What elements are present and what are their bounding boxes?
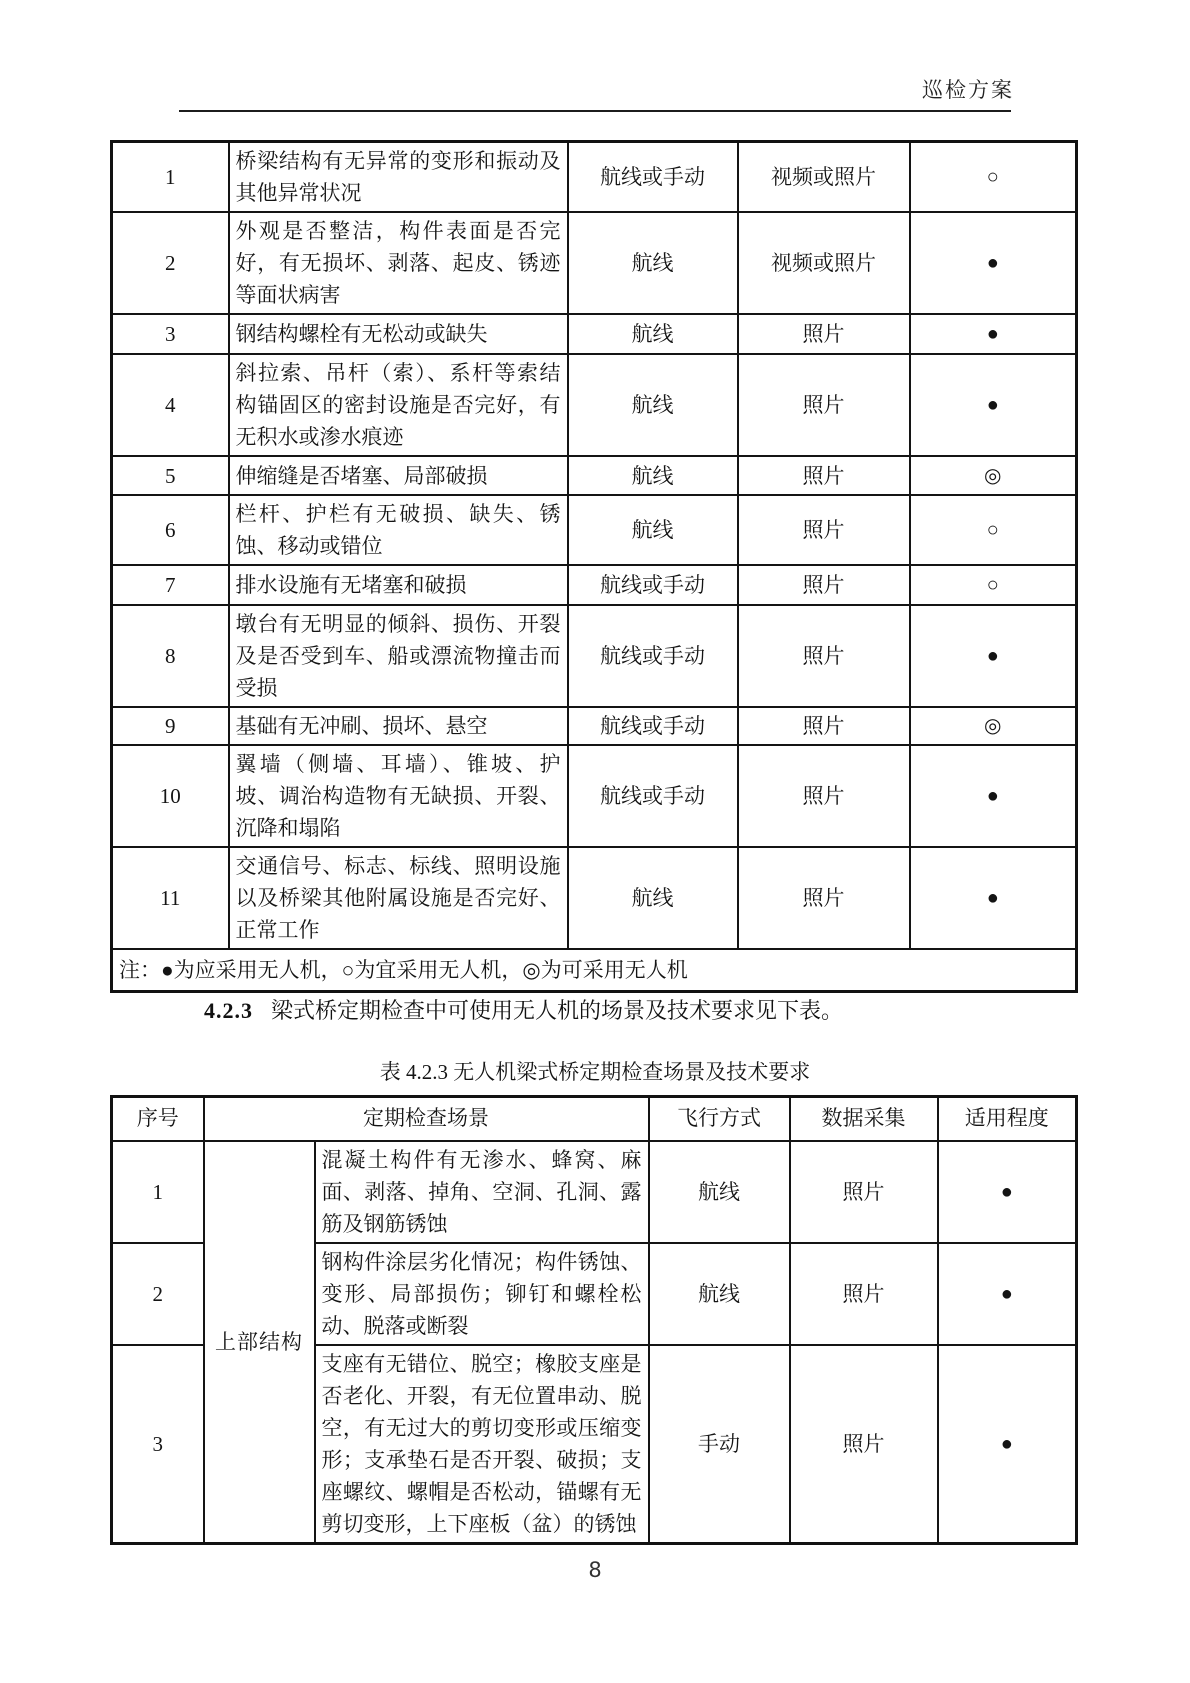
table-row: 5伸缩缝是否堵塞、局部破损航线照片◎ (112, 456, 1077, 495)
row-number-cell: 1 (112, 1141, 204, 1243)
applicability-symbol: ◎ (910, 707, 1077, 745)
data-capture-cell: 照片 (790, 1141, 938, 1243)
table-row: 7排水设施有无堵塞和破损航线或手动照片○ (112, 565, 1077, 605)
data-capture-cell: 照片 (738, 495, 910, 565)
table-row: 10翼墙（侧墙、耳墙）、锥坡、护坡、调治构造物有无缺损、开裂、沉降和塌陷航线或手… (112, 745, 1077, 847)
applicability-symbol: ◎ (910, 456, 1077, 495)
inspection-item-cell: 栏杆、护栏有无破损、缺失、锈蚀、移动或错位 (229, 495, 568, 565)
table-row: 9基础有无冲刷、损坏、悬空航线或手动照片◎ (112, 707, 1077, 745)
inspection-items-body: 1桥梁结构有无异常的变形和振动及其他异常状况航线或手动视频或照片○2外观是否整洁… (112, 142, 1077, 950)
data-capture-cell: 照片 (738, 605, 910, 707)
applicability-symbol: ● (910, 745, 1077, 847)
col-header-flight: 飞行方式 (649, 1097, 790, 1141)
inspection-item-cell: 斜拉索、吊杆（索）、系杆等索结构锚固区的密封设施是否完好，有无积水或渗水痕迹 (229, 354, 568, 456)
flight-mode-cell: 航线 (568, 314, 738, 354)
inspection-item-cell: 交通信号、标志、标线、照明设施以及桥梁其他附属设施是否完好、正常工作 (229, 847, 568, 949)
row-number-cell: 1 (112, 142, 229, 213)
col-header-no: 序号 (112, 1097, 204, 1141)
flight-mode-cell: 航线或手动 (568, 707, 738, 745)
row-number-cell: 7 (112, 565, 229, 605)
row-number-cell: 10 (112, 745, 229, 847)
data-capture-cell: 视频或照片 (738, 212, 910, 314)
data-capture-cell: 照片 (738, 847, 910, 949)
table-row: 4斜拉索、吊杆（索）、系杆等索结构锚固区的密封设施是否完好，有无积水或渗水痕迹航… (112, 354, 1077, 456)
scene-description-cell: 混凝土构件有无渗水、蜂窝、麻面、剥落、掉角、空洞、孔洞、露筋及钢筋锈蚀 (315, 1141, 649, 1243)
inspection-item-cell: 外观是否整洁，构件表面是否完好，有无损坏、剥落、起皮、锈迹等面状病害 (229, 212, 568, 314)
row-number-cell: 8 (112, 605, 229, 707)
table-row: 6栏杆、护栏有无破损、缺失、锈蚀、移动或错位航线照片○ (112, 495, 1077, 565)
row-number-cell: 5 (112, 456, 229, 495)
data-capture-cell: 照片 (738, 456, 910, 495)
inspection-item-cell: 墩台有无明显的倾斜、损伤、开裂及是否受到车、船或漂流物撞击而受损 (229, 605, 568, 707)
data-capture-cell: 照片 (790, 1345, 938, 1544)
applicability-symbol: ○ (910, 495, 1077, 565)
table-note-row: 注：●为应采用无人机，○为宜采用无人机，◎为可采用无人机 (112, 949, 1077, 991)
table-header-row: 序号 定期检查场景 飞行方式 数据采集 适用程度 (112, 1097, 1077, 1141)
inspection-item-cell: 排水设施有无堵塞和破损 (229, 565, 568, 605)
data-capture-cell: 照片 (738, 314, 910, 354)
scene-requirements-body: 1上部结构混凝土构件有无渗水、蜂窝、麻面、剥落、掉角、空洞、孔洞、露筋及钢筋锈蚀… (112, 1141, 1077, 1544)
data-capture-cell: 照片 (738, 745, 910, 847)
applicability-symbol: ● (910, 605, 1077, 707)
inspection-item-cell: 翼墙（侧墙、耳墙）、锥坡、护坡、调治构造物有无缺损、开裂、沉降和塌陷 (229, 745, 568, 847)
applicability-symbol: ● (938, 1243, 1077, 1345)
row-number-cell: 6 (112, 495, 229, 565)
page-number: 8 (0, 1558, 1190, 1582)
flight-mode-cell: 航线 (568, 495, 738, 565)
applicability-symbol: ● (938, 1141, 1077, 1243)
table-row: 1桥梁结构有无异常的变形和振动及其他异常状况航线或手动视频或照片○ (112, 142, 1077, 213)
applicability-symbol: ○ (910, 565, 1077, 605)
section-text: 梁式桥定期检查中可使用无人机的场景及技术要求见下表。 (271, 998, 843, 1023)
flight-mode-cell: 航线或手动 (568, 745, 738, 847)
flight-mode-cell: 航线或手动 (568, 565, 738, 605)
legend-note: 注：●为应采用无人机，○为宜采用无人机，◎为可采用无人机 (112, 949, 1077, 991)
applicability-symbol: ● (910, 847, 1077, 949)
inspection-item-cell: 桥梁结构有无异常的变形和振动及其他异常状况 (229, 142, 568, 213)
applicability-symbol: ● (910, 212, 1077, 314)
flight-mode-cell: 航线 (568, 212, 738, 314)
scene-requirements-table: 序号 定期检查场景 飞行方式 数据采集 适用程度 1上部结构混凝土构件有无渗水、… (110, 1095, 1078, 1545)
data-capture-cell: 照片 (790, 1243, 938, 1345)
inspection-items-table: 1桥梁结构有无异常的变形和振动及其他异常状况航线或手动视频或照片○2外观是否整洁… (110, 140, 1078, 993)
col-header-grade: 适用程度 (938, 1097, 1077, 1141)
document-page: 巡检方案 1桥梁结构有无异常的变形和振动及其他异常状况航线或手动视频或照片○2外… (0, 0, 1190, 1683)
flight-mode-cell: 航线 (568, 456, 738, 495)
data-capture-cell: 视频或照片 (738, 142, 910, 213)
applicability-symbol: ● (910, 314, 1077, 354)
header-divider (179, 110, 1011, 112)
table-caption: 表 4.2.3 无人机梁式桥定期检查场景及技术要求 (0, 1056, 1190, 1086)
flight-mode-cell: 航线或手动 (568, 142, 738, 213)
flight-mode-cell: 航线 (568, 354, 738, 456)
col-header-data: 数据采集 (790, 1097, 938, 1141)
scene-description-cell: 支座有无错位、脱空；橡胶支座是否老化、开裂，有无位置串动、脱空，有无过大的剪切变… (315, 1345, 649, 1544)
running-header-title: 巡检方案 (922, 74, 1014, 104)
data-capture-cell: 照片 (738, 354, 910, 456)
flight-mode-cell: 手动 (649, 1345, 790, 1544)
inspection-item-cell: 钢结构螺栓有无松动或缺失 (229, 314, 568, 354)
table-row: 1上部结构混凝土构件有无渗水、蜂窝、麻面、剥落、掉角、空洞、孔洞、露筋及钢筋锈蚀… (112, 1141, 1077, 1243)
row-number-cell: 3 (112, 1345, 204, 1544)
table-row: 3钢结构螺栓有无松动或缺失航线照片● (112, 314, 1077, 354)
row-number-cell: 4 (112, 354, 229, 456)
applicability-symbol: ● (910, 354, 1077, 456)
flight-mode-cell: 航线或手动 (568, 605, 738, 707)
row-number-cell: 3 (112, 314, 229, 354)
row-number-cell: 2 (112, 1243, 204, 1345)
flight-mode-cell: 航线 (649, 1243, 790, 1345)
section-number: 4.2.3 (204, 998, 253, 1023)
inspection-item-cell: 伸缩缝是否堵塞、局部破损 (229, 456, 568, 495)
applicability-symbol: ○ (910, 142, 1077, 213)
data-capture-cell: 照片 (738, 707, 910, 745)
row-number-cell: 11 (112, 847, 229, 949)
section-paragraph: 4.2.3梁式桥定期检查中可使用无人机的场景及技术要求见下表。 (112, 994, 1075, 1028)
flight-mode-cell: 航线 (568, 847, 738, 949)
applicability-symbol: ● (938, 1345, 1077, 1544)
data-capture-cell: 照片 (738, 565, 910, 605)
flight-mode-cell: 航线 (649, 1141, 790, 1243)
structure-group-cell: 上部结构 (204, 1141, 315, 1544)
table-row: 8墩台有无明显的倾斜、损伤、开裂及是否受到车、船或漂流物撞击而受损航线或手动照片… (112, 605, 1077, 707)
inspection-item-cell: 基础有无冲刷、损坏、悬空 (229, 707, 568, 745)
row-number-cell: 9 (112, 707, 229, 745)
col-header-scene: 定期检查场景 (204, 1097, 649, 1141)
table-row: 2外观是否整洁，构件表面是否完好，有无损坏、剥落、起皮、锈迹等面状病害航线视频或… (112, 212, 1077, 314)
row-number-cell: 2 (112, 212, 229, 314)
scene-description-cell: 钢构件涂层劣化情况；构件锈蚀、变形、局部损伤；铆钉和螺栓松动、脱落或断裂 (315, 1243, 649, 1345)
table-row: 11交通信号、标志、标线、照明设施以及桥梁其他附属设施是否完好、正常工作航线照片… (112, 847, 1077, 949)
